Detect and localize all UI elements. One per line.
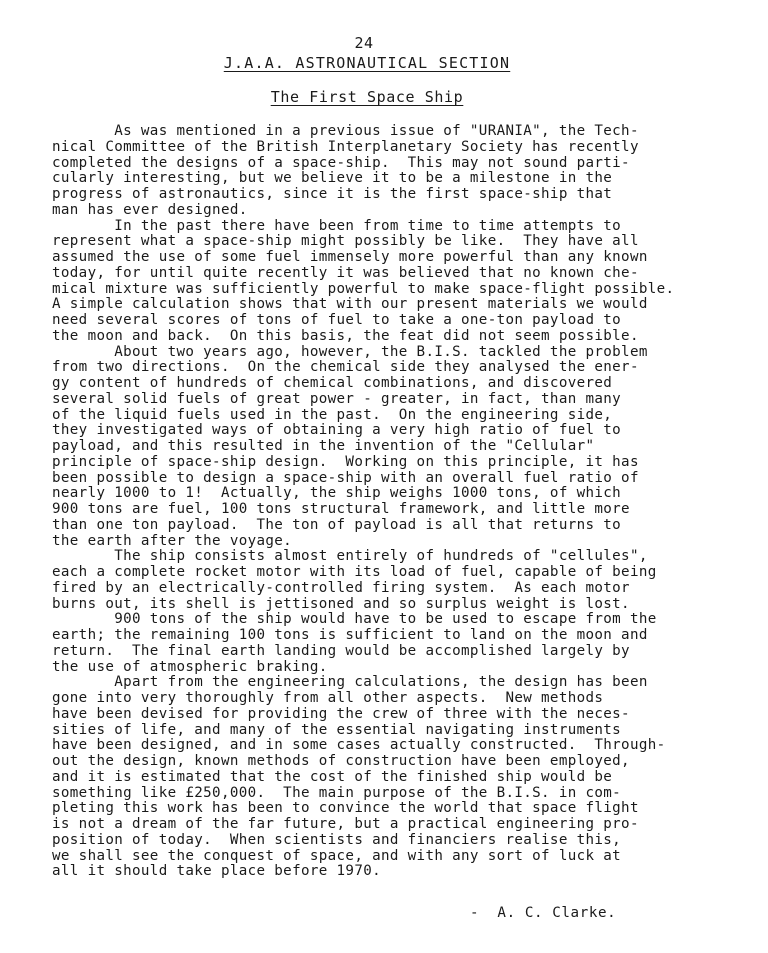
page-number: 24 — [0, 34, 728, 52]
body-line: each a complete rocket motor with its lo… — [52, 565, 732, 581]
body-line: completed the designs of a space-ship. T… — [52, 156, 732, 172]
body-line: Apart from the engineering calculations,… — [52, 675, 732, 691]
body-line: than one ton payload. The ton of payload… — [52, 518, 732, 534]
body-line: mical mixture was sufficiently powerful … — [52, 282, 732, 298]
body-line: fired by an electrically-controlled firi… — [52, 581, 732, 597]
body-line: gone into very thoroughly from all other… — [52, 691, 732, 707]
body-line: 900 tons of the ship would have to be us… — [52, 612, 732, 628]
body-line: A simple calculation shows that with our… — [52, 297, 732, 313]
body-line: progress of astronautics, since it is th… — [52, 187, 732, 203]
body-line: and it is estimated that the cost of the… — [52, 770, 732, 786]
body-line: we shall see the conquest of space, and … — [52, 849, 732, 865]
body-line: The ship consists almost entirely of hun… — [52, 549, 732, 565]
section-title: J.A.A. ASTRONAUTICAL SECTION — [0, 54, 734, 72]
body-line: About two years ago, however, the B.I.S.… — [52, 345, 732, 361]
body-line: the use of atmospheric braking. — [52, 660, 732, 676]
body-line: today, for until quite recently it was b… — [52, 266, 732, 282]
body-line: all it should take place before 1970. — [52, 864, 732, 880]
body-line: have been devised for providing the crew… — [52, 707, 732, 723]
body-line: the moon and back. On this basis, the fe… — [52, 329, 732, 345]
body-line: been possible to design a space-ship wit… — [52, 471, 732, 487]
body-line: nearly 1000 to 1! Actually, the ship wei… — [52, 486, 732, 502]
body-line: principle of space-ship design. Working … — [52, 455, 732, 471]
body-line: As was mentioned in a previous issue of … — [52, 124, 732, 140]
body-line: In the past there have been from time to… — [52, 219, 732, 235]
body-line: return. The final earth landing would be… — [52, 644, 732, 660]
body-line: need several scores of tons of fuel to t… — [52, 313, 732, 329]
body-line: 900 tons are fuel, 100 tons structural f… — [52, 502, 732, 518]
body-line: several solid fuels of great power - gre… — [52, 392, 732, 408]
article-body: As was mentioned in a previous issue of … — [52, 124, 732, 880]
body-line: payload, and this resulted in the invent… — [52, 439, 732, 455]
document-page: 24 J.A.A. ASTRONAUTICAL SECTION The Firs… — [0, 0, 768, 953]
body-line: is not a dream of the far future, but a … — [52, 817, 732, 833]
body-line: the earth after the voyage. — [52, 534, 732, 550]
body-line: position of today. When scientists and f… — [52, 833, 732, 849]
body-line: something like £250,000. The main purpos… — [52, 786, 732, 802]
body-line: sities of life, and many of the essentia… — [52, 723, 732, 739]
body-line: pleting this work has been to convince t… — [52, 801, 732, 817]
body-line: assumed the use of some fuel immensely m… — [52, 250, 732, 266]
body-line: man has ever designed. — [52, 203, 732, 219]
body-line: earth; the remaining 100 tons is suffici… — [52, 628, 732, 644]
body-line: they investigated ways of obtaining a ve… — [52, 423, 732, 439]
body-line: have been designed, and in some cases ac… — [52, 738, 732, 754]
body-line: represent what a space-ship might possib… — [52, 234, 732, 250]
body-line: cularly interesting, but we believe it t… — [52, 171, 732, 187]
body-line: gy content of hundreds of chemical combi… — [52, 376, 732, 392]
article-title: The First Space Ship — [0, 88, 734, 106]
author-signature: - A. C. Clarke. — [470, 905, 616, 921]
body-line: of the liquid fuels used in the past. On… — [52, 408, 732, 424]
body-line: nical Committee of the British Interplan… — [52, 140, 732, 156]
body-line: burns out, its shell is jettisoned and s… — [52, 597, 732, 613]
body-line: from two directions. On the chemical sid… — [52, 360, 732, 376]
body-line: out the design, known methods of constru… — [52, 754, 732, 770]
